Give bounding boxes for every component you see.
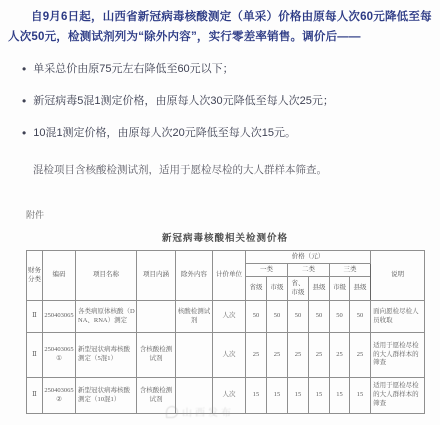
bullet-list: • 单采总价由原75元左右降低至60元以下； • 新冠病毒5混1测定价格，由原每… — [0, 61, 440, 141]
list-item: • 10混1测定价格，由原每人次20元降低至每人次15元。 — [22, 125, 430, 141]
cell-price: 25 — [330, 333, 350, 378]
col-header-item-name: 项目名称 — [76, 251, 137, 301]
cell-price: 25 — [350, 333, 371, 378]
col-header-class3: 三类 — [330, 264, 371, 277]
bullet-dot-icon: • — [22, 93, 26, 109]
cell-price: 25 — [267, 333, 288, 378]
col-header-item-content: 项目内涵 — [137, 251, 176, 301]
cell-unit: 人次 — [213, 301, 246, 333]
col-subheader-province-city: 省、市级 — [288, 277, 309, 301]
cell-price: 25 — [246, 333, 267, 378]
table-row: Ⅱ 250403065① 新型冠状病毒核酸测定（5混1） 含核酸检测试剂 人次 … — [27, 333, 425, 378]
cell-remark: 面向愿检尽检人员收取 — [371, 301, 425, 333]
intro-paragraph: 自9月6日起，山西省新冠病毒核酸测定（单采）价格由原每人次60元降低至每人次50… — [8, 7, 432, 47]
cell-price: 15 — [309, 378, 330, 414]
attachment-title: 新冠病毒核酸相关检测价格 — [26, 230, 424, 244]
cell-unit: 人次 — [213, 333, 246, 378]
bullet-text: 新冠病毒5混1测定价格，由原每人次30元降低至每人次25元； — [33, 93, 334, 109]
cell-price: 15 — [267, 378, 288, 414]
bullet-text: 10混1测定价格，由原每人次20元降低至每人次15元。 — [33, 125, 296, 141]
cell-remark: 适用于愿检尽检的大人群样本的筛查 — [371, 378, 425, 414]
col-header-class1: 一类 — [246, 264, 288, 277]
attachment-section: 附件 新冠病毒核酸相关检测价格 财务分类 编码 项目名称 项目内涵 除外内容 计… — [26, 208, 424, 414]
cell-price: 50 — [246, 301, 267, 333]
list-item: • 单采总价由原75元左右降低至60元以下； — [22, 61, 430, 77]
cell-price: 50 — [330, 301, 350, 333]
cell-remark: 适用于愿检尽检的大人群样本的筛查 — [371, 333, 425, 378]
cell-item-name: 新型冠状病毒核酸测定（10混1） — [76, 378, 137, 414]
cell-price: 15 — [350, 378, 371, 414]
cell-price: 15 — [246, 378, 267, 414]
weibo-watermark-icon — [166, 406, 178, 418]
cell-item-content — [137, 301, 176, 333]
watermark-text: 山西发布 — [182, 404, 234, 419]
col-header-exclusions: 除外内容 — [176, 251, 213, 301]
bullet-text: 单采总价由原75元左右降低至60元以下； — [33, 61, 233, 77]
cell-price: 50 — [267, 301, 288, 333]
cell-item-content: 含核酸检测试剂 — [137, 333, 176, 378]
bullet-dot-icon: • — [22, 61, 26, 77]
col-header-remark: 说明 — [371, 251, 425, 301]
cell-finance-class: Ⅱ — [27, 378, 43, 414]
col-header-unit: 计价单位 — [213, 251, 246, 301]
cell-finance-class: Ⅱ — [27, 301, 43, 333]
cell-code: 250403065① — [43, 333, 76, 378]
list-item: • 新冠病毒5混1测定价格，由原每人次30元降低至每人次25元； — [22, 93, 430, 109]
cell-code: 250403065 — [43, 301, 76, 333]
weibo-watermark: 山西发布 — [166, 404, 234, 419]
bullet-dot-icon: • — [22, 125, 26, 141]
cell-price: 25 — [309, 333, 330, 378]
price-table: 财务分类 编码 项目名称 项目内涵 除外内容 计价单位 价格（元） 说明 一类 … — [26, 250, 425, 414]
cell-price: 15 — [288, 378, 309, 414]
col-header-code: 编码 — [43, 251, 76, 301]
table-row: Ⅱ 250403065 各类病原体核酸（DNA、RNA）测定 核酸检测试剂 人次… — [27, 301, 425, 333]
cell-price: 15 — [330, 378, 350, 414]
cell-exclusions — [176, 333, 213, 378]
cell-price: 25 — [288, 333, 309, 378]
cell-price: 50 — [350, 301, 371, 333]
col-header-finance-class: 财务分类 — [27, 251, 43, 301]
notice-page: 自9月6日起，山西省新冠病毒核酸测定（单采）价格由原每人次60元降低至每人次50… — [0, 0, 440, 425]
note-paragraph: 混检项目含核酸检测试剂，适用于愿检尽检的大人群样本筛查。 — [33, 163, 430, 178]
cell-item-name: 新型冠状病毒核酸测定（5混1） — [76, 333, 137, 378]
cell-price: 50 — [288, 301, 309, 333]
col-subheader-city: 市级 — [267, 277, 288, 301]
cell-price: 50 — [309, 301, 330, 333]
cell-exclusions: 核酸检测试剂 — [176, 301, 213, 333]
col-subheader-county: 县级 — [309, 277, 330, 301]
col-header-class2: 二类 — [288, 264, 330, 277]
attachment-label: 附件 — [26, 208, 424, 221]
cell-code: 250403065② — [43, 378, 76, 414]
col-header-price-group: 价格（元） — [246, 251, 371, 264]
col-subheader-city2: 市级 — [330, 277, 350, 301]
cell-item-name: 各类病原体核酸（DNA、RNA）测定 — [76, 301, 137, 333]
col-subheader-county2: 县级 — [350, 277, 371, 301]
col-subheader-province: 省级 — [246, 277, 267, 301]
cell-finance-class: Ⅱ — [27, 333, 43, 378]
